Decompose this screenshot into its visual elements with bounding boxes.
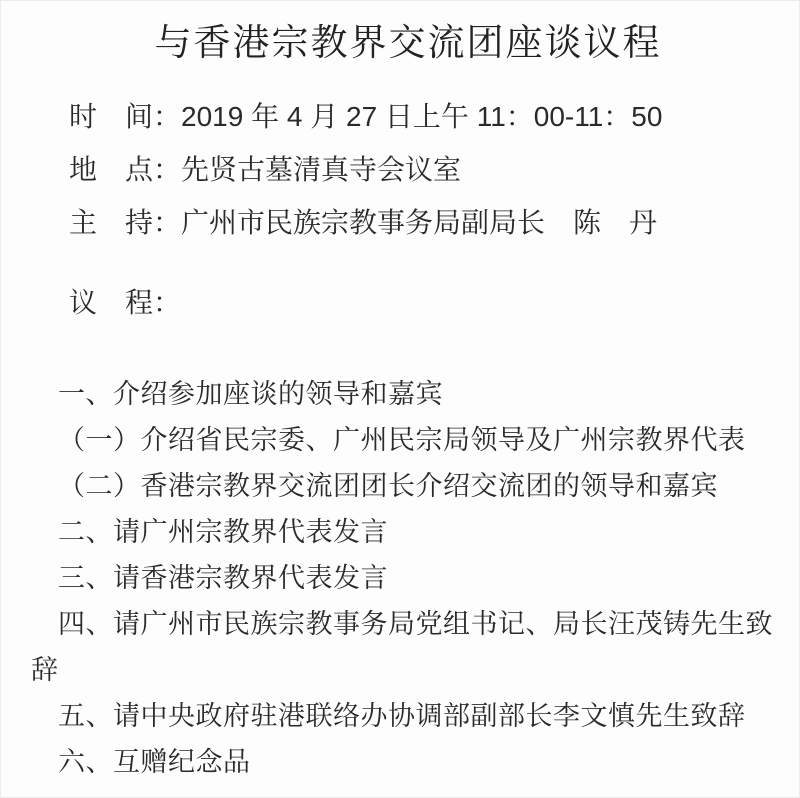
agenda-item-1a: （一）介绍省民宗委、广州民宗局领导及广州宗教界代表 — [31, 417, 785, 463]
meta-value-host: 广州市民族宗教事务局副局长 陈 丹 — [181, 207, 657, 238]
meta-value-time: 2019 年 4 月 27 日上午 11：00-11：50 — [181, 101, 662, 132]
page-title: 与香港宗教界交流团座谈议程 — [31, 21, 785, 65]
agenda-item-1: 一、介绍参加座谈的领导和嘉宾 — [31, 371, 785, 417]
meta-line-host: 主 持：广州市民族宗教事务局副局长 陈 丹 — [69, 207, 785, 239]
agenda-list: 一、介绍参加座谈的领导和嘉宾 （一）介绍省民宗委、广州民宗局领导及广州宗教界代表… — [31, 371, 785, 785]
agenda-item-1b: （二）香港宗教界交流团团长介绍交流团的领导和嘉宾 — [31, 463, 785, 509]
document-page: 与香港宗教界交流团座谈议程 时 间：2019 年 4 月 27 日上午 11：0… — [0, 0, 800, 798]
meta-line-place: 地 点：先贤古墓清真寺会议室 — [69, 154, 785, 186]
meta-section: 时 间：2019 年 4 月 27 日上午 11：00-11：50 地 点：先贤… — [31, 101, 785, 239]
meta-line-time: 时 间：2019 年 4 月 27 日上午 11：00-11：50 — [69, 101, 785, 133]
agenda-item-6: 六、互赠纪念品 — [31, 739, 785, 785]
agenda-item-5: 五、请中央政府驻港联络办协调部副部长李文慎先生致辞 — [31, 693, 785, 739]
meta-label-place: 地 点： — [69, 154, 181, 185]
meta-label-host: 主 持： — [69, 207, 181, 238]
agenda-heading: 议 程： — [31, 287, 785, 319]
meta-value-place: 先贤古墓清真寺会议室 — [181, 154, 461, 185]
agenda-item-3: 三、请香港宗教界代表发言 — [31, 555, 785, 601]
meta-label-time: 时 间： — [69, 101, 181, 132]
agenda-item-4: 四、请广州市民族宗教事务局党组书记、局长汪茂铸先生致辞 — [31, 601, 785, 693]
agenda-item-2: 二、请广州宗教界代表发言 — [31, 509, 785, 555]
